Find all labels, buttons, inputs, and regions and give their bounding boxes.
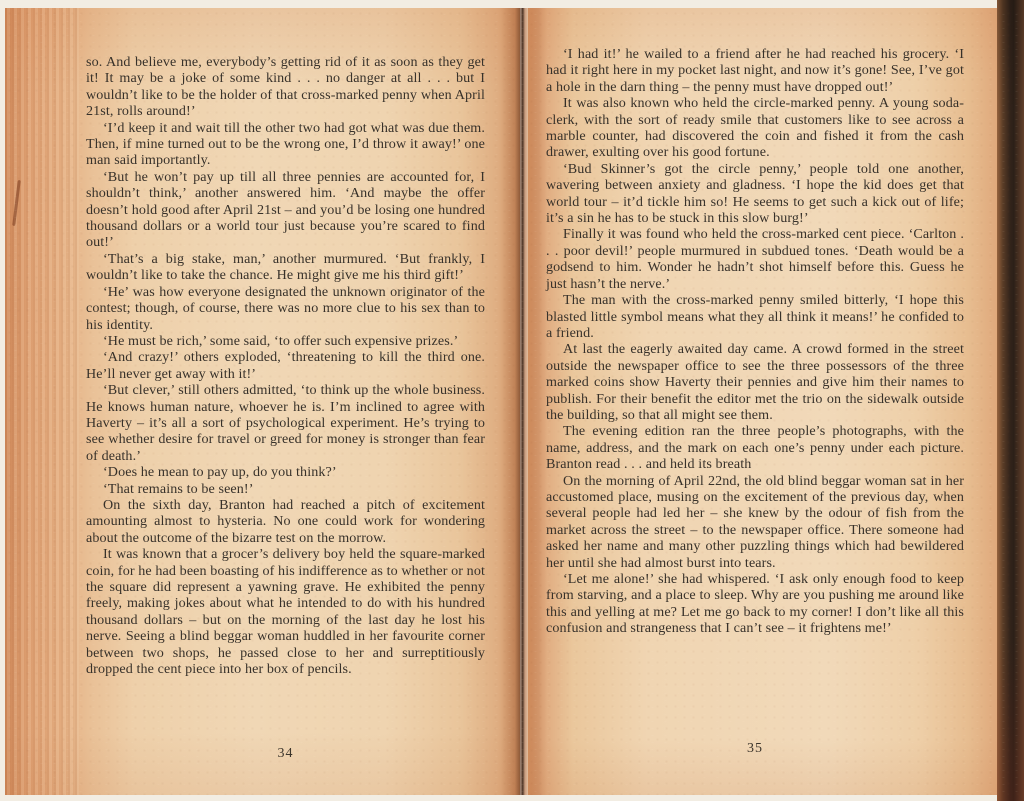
paragraph: Finally it was found who held the cross-… — [546, 226, 964, 292]
paragraph: ‘That’s a big stake, man,’ another murmu… — [86, 251, 485, 284]
spine-gutter — [501, 8, 547, 795]
paragraph: ‘I’d keep it and wait till the other two… — [86, 120, 485, 169]
right-page-number: 35 — [546, 741, 964, 757]
paragraph: ‘That remains to be seen!’ — [86, 481, 485, 497]
paragraph: It was also known who held the circle-ma… — [546, 95, 964, 161]
right-cover-edge — [997, 0, 1024, 801]
paragraph: ‘Let me alone!’ she had whispered. ‘I as… — [546, 571, 964, 637]
paragraph: It was known that a grocer’s delivery bo… — [86, 546, 485, 677]
paragraph: ‘But clever,’ still others admitted, ‘to… — [86, 382, 485, 464]
paragraph: ‘Does he mean to pay up, do you think?’ — [86, 464, 485, 480]
paragraph: ‘And crazy!’ others exploded, ‘threateni… — [86, 349, 485, 382]
paragraph: ‘I had it!’ he wailed to a friend after … — [546, 46, 964, 95]
paragraph: so. And believe me, everybody’s getting … — [86, 54, 485, 120]
left-page-text: so. And believe me, everybody’s getting … — [86, 54, 485, 677]
open-book: so. And believe me, everybody’s getting … — [5, 8, 1024, 795]
paragraph: The man with the cross-marked penny smil… — [546, 292, 964, 341]
paragraph: The evening edition ran the three people… — [546, 423, 964, 472]
paragraph: On the sixth day, Branton had reached a … — [86, 497, 485, 546]
paragraph: On the morning of April 22nd, the old bl… — [546, 473, 964, 571]
left-fore-edge — [5, 8, 79, 795]
right-page-text: ‘I had it!’ he wailed to a friend after … — [546, 46, 964, 637]
left-page-number: 34 — [86, 746, 485, 762]
paragraph: ‘But he won’t pay up till all three penn… — [86, 169, 485, 251]
paragraph: ‘Bud Skinner’s got the circle penny,’ pe… — [546, 161, 964, 227]
paragraph: ‘He must be rich,’ some said, ‘to offer … — [86, 333, 485, 349]
paragraph: At last the eagerly awaited day came. A … — [546, 341, 964, 423]
paragraph: ‘He’ was how everyone designated the unk… — [86, 284, 485, 333]
